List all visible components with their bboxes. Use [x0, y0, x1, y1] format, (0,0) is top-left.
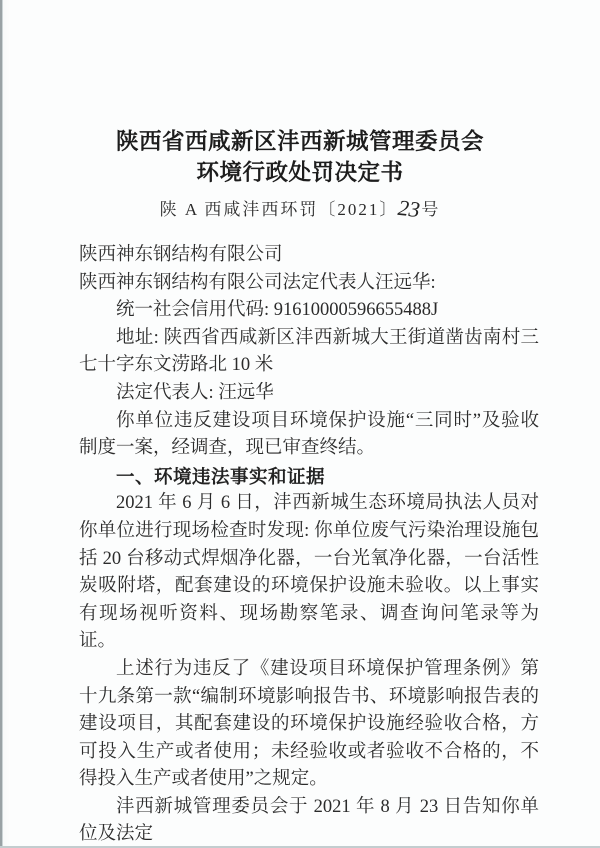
credit-code-line: 统一社会信用代码: 91610000596655488J	[79, 297, 539, 325]
recipient-line: 陕西神东钢结构有限公司	[79, 242, 539, 270]
document-title-line1: 陕西省西咸新区沣西新城管理委员会	[0, 126, 600, 157]
case-intro-paragraph: 你单位违反建设项目环境保护设施“三同时”及验收制度一案，经调查，现已审查终结。	[79, 408, 539, 463]
violation-paragraph: 上述行为违反了《建设项目环境保护管理条例》第十九条第一款“编制环境影响报告书、环…	[79, 656, 539, 794]
document-title: 陕西省西咸新区沣西新城管理委员会 环境行政处罚决定书	[0, 126, 600, 188]
scanned-document-page: 陕西省西咸新区沣西新城管理委员会 环境行政处罚决定书 陕 A 西咸沣西环罚〔20…	[0, 0, 600, 848]
document-number-handwritten: 23	[397, 195, 422, 223]
document-body: 陕西神东钢结构有限公司 陕西神东钢结构有限公司法定代表人汪远华: 统一社会信用代…	[79, 242, 539, 848]
notice-paragraph: 沣西新城管理委员会于 2021 年 8 月 23 日告知你单位及法定	[79, 794, 539, 848]
document-title-line2: 环境行政处罚决定书	[0, 157, 600, 188]
section1-heading: 一、环境违法事实和证据	[79, 463, 539, 491]
facts-paragraph: 2021 年 6 月 6 日，沣西新城生态环境局执法人员对你单位进行现场检查时发…	[79, 490, 539, 656]
legal-representative-line: 法定代表人: 汪远华	[79, 380, 539, 408]
address-line: 地址: 陕西省西咸新区沣西新城大王街道凿齿南村三七十字东文涝路北 10 米	[79, 325, 539, 380]
document-number: 陕 A 西咸沣西环罚〔2021〕23号	[0, 195, 600, 221]
document-number-prefix: 陕 A 西咸沣西环罚〔2021〕	[160, 200, 399, 219]
recipient-representative-line: 陕西神东钢结构有限公司法定代表人汪远华:	[79, 270, 539, 298]
document-number-suffix: 号	[421, 200, 440, 219]
document-content: 陕西省西咸新区沣西新城管理委员会 环境行政处罚决定书 陕 A 西咸沣西环罚〔20…	[0, 0, 600, 848]
